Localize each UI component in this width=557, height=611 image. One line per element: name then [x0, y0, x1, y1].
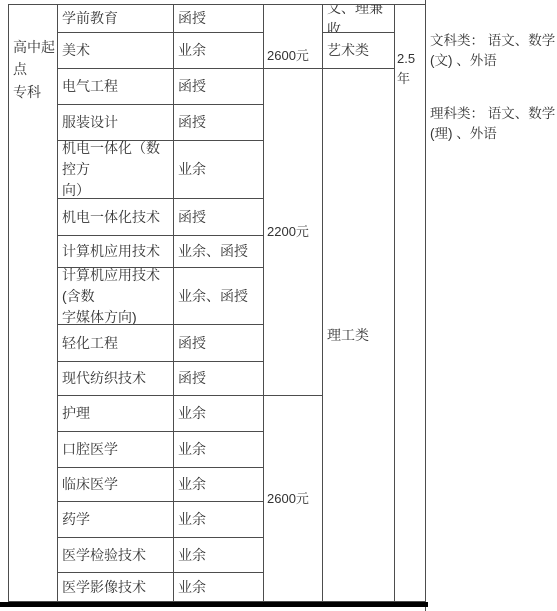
major-cell: 医学影像技术: [58, 573, 174, 602]
mode-cell: 函授: [174, 105, 264, 141]
mode-cell: 业余: [174, 538, 264, 573]
programs-table: 高中起点 专科 学前教育 函授 美术 业余 电气工程 函授 服装设计 函授 机电…: [8, 4, 426, 602]
major-cell: 机电一体化（数控方 向）: [58, 141, 174, 199]
fee-cell: 2600元: [264, 396, 323, 602]
major-cell: 机电一体化技术: [58, 199, 174, 236]
exam-subjects-cell: 文科类： 语文、数学 (文) 、外语 理科类： 语文、数学 (理) 、外语: [425, 0, 557, 611]
liberal-arts-subjects: 文科类： 语文、数学 (文) 、外语: [430, 31, 557, 71]
major-cell: 学前教育: [58, 5, 174, 33]
thick-bottom-rule: [0, 602, 428, 607]
category-cell: 艺术类: [323, 33, 395, 69]
mode-cell: 业余: [174, 502, 264, 538]
major-cell: 医学检验技术: [58, 538, 174, 573]
major-cell: 电气工程: [58, 69, 174, 105]
major-cell: 现代纺织技术: [58, 362, 174, 396]
mode-cell: 业余: [174, 141, 264, 199]
mode-cell: 业余: [174, 468, 264, 502]
mode-cell: 业余: [174, 573, 264, 602]
major-cell: 轻化工程: [58, 325, 174, 362]
mode-cell: 函授: [174, 69, 264, 105]
mode-cell: 函授: [174, 5, 264, 33]
category-cell: 理工类: [323, 69, 395, 602]
mode-cell: 函授: [174, 199, 264, 236]
mode-cell: 业余: [174, 432, 264, 468]
major-cell: 口腔医学: [58, 432, 174, 468]
admissions-table-page: 高中起点 专科 学前教育 函授 美术 业余 电气工程 函授 服装设计 函授 机电…: [0, 0, 557, 611]
science-subjects: 理科类： 语文、数学 (理) 、外语: [430, 104, 557, 144]
fee-cell: 2200元: [264, 69, 323, 396]
mode-cell: 业余、函授: [174, 236, 264, 268]
level-cell: 高中起点 专科: [9, 5, 58, 602]
fee-cell: 2600元: [264, 5, 323, 69]
major-cell: 计算机应用技术(含数 字媒体方向): [58, 268, 174, 325]
mode-cell: 业余: [174, 396, 264, 432]
category-cell: 文、理兼收: [323, 5, 395, 33]
mode-cell: 函授: [174, 362, 264, 396]
major-cell: 计算机应用技术: [58, 236, 174, 268]
mode-cell: 函授: [174, 325, 264, 362]
mode-cell: 业余、函授: [174, 268, 264, 325]
major-cell: 药学: [58, 502, 174, 538]
major-cell: 服装设计: [58, 105, 174, 141]
major-cell: 护理: [58, 396, 174, 432]
duration-cell: 2.5年: [395, 5, 426, 602]
mode-cell: 业余: [174, 33, 264, 69]
major-cell: 临床医学: [58, 468, 174, 502]
major-cell: 美术: [58, 33, 174, 69]
